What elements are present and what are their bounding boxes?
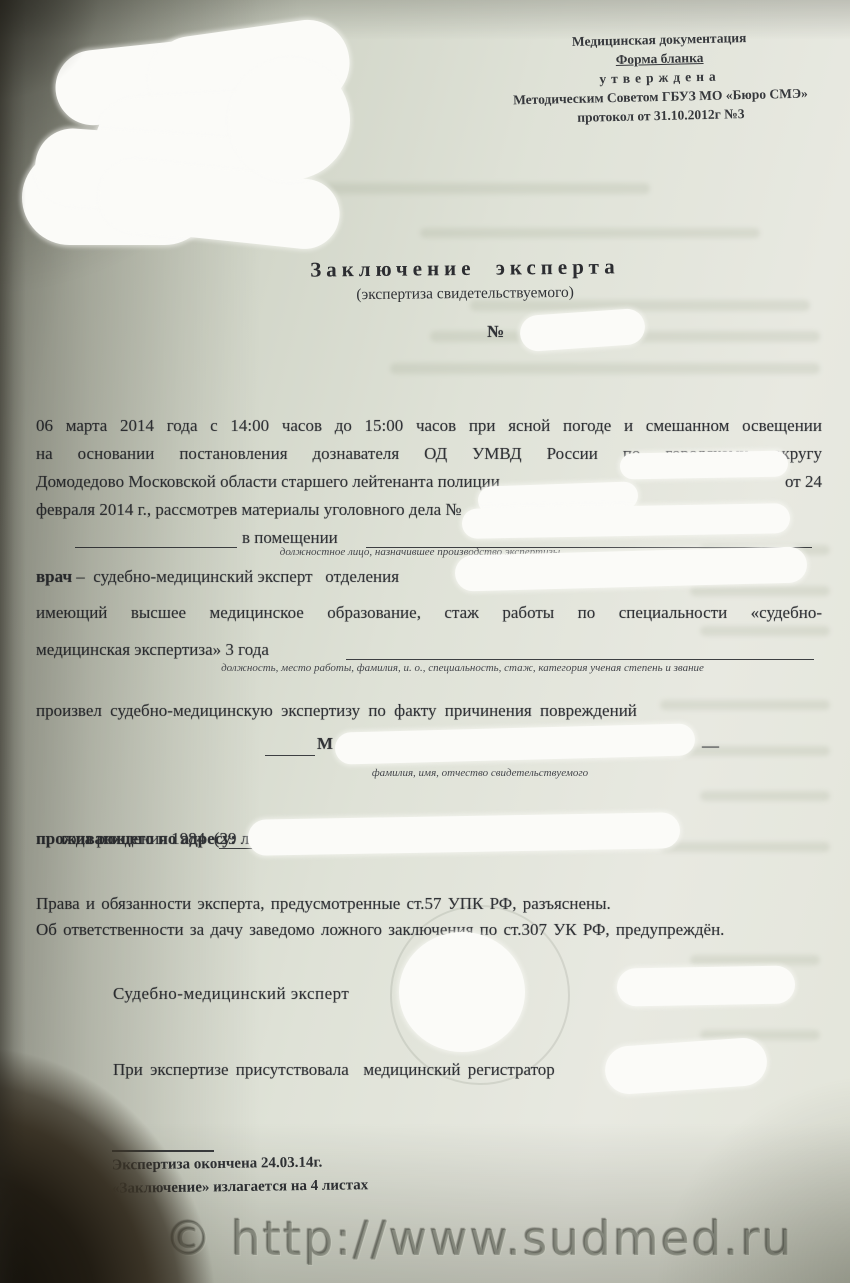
redaction-address xyxy=(248,812,681,856)
intro-line: 06 марта 2014 года с 14:00 часов до 15:0… xyxy=(36,412,822,440)
redaction-cloud xyxy=(230,60,350,180)
expert-line1-rest: – судебно-медицинский эксперт отделения xyxy=(72,567,399,586)
registrar-line: При экспертизе присутствовала медицински… xyxy=(113,1056,555,1084)
title-block: Заключение эксперта (экспертиза свидетел… xyxy=(85,252,845,307)
expert-line3-text: медицинская экспертиза» 3 года xyxy=(36,640,269,659)
expert-line1-lead: врач xyxy=(36,567,72,586)
expert-action-line: произвел судебно-медицинскую экспертизу … xyxy=(36,697,822,725)
subject-name-dash: — xyxy=(702,732,719,760)
subject-caption: фамилия, имя, отчество свидетельствуемог… xyxy=(300,766,660,780)
rights-line1: Права и обязанности эксперта, предусмотр… xyxy=(36,890,822,918)
expert-caption: должность, место работы, фамилия, и. о.,… xyxy=(175,661,750,675)
blank-line xyxy=(75,547,237,548)
footer-pages: «Заключение» излагается на 4 листах xyxy=(112,1177,368,1198)
redaction-stamp-oval xyxy=(399,932,525,1052)
form-header: Медицинская документация Форма бланка ут… xyxy=(479,26,841,129)
document-title: Заключение эксперта xyxy=(85,252,845,285)
watermark: © http://www.sudmed.ru xyxy=(165,1212,794,1267)
intro-line3-text: Домодедово Московской области старшего л… xyxy=(36,468,500,496)
intro-line3-date: от 24 xyxy=(785,468,822,496)
blank-line xyxy=(346,659,814,660)
case-number-sign: № xyxy=(487,318,504,346)
blank-line xyxy=(265,755,315,756)
document-photo: Медицинская документация Форма бланка ут… xyxy=(0,0,850,1283)
expert-signature-label: Судебно-медицинский эксперт xyxy=(113,980,349,1008)
expert-line3: медицинская экспертиза» 3 года xyxy=(36,636,822,664)
redaction-officer-name xyxy=(620,451,788,480)
document-subtitle: (экспертиза свидетельствуемого) xyxy=(85,281,845,307)
footer-divider xyxy=(112,1150,214,1152)
expert-line2: имеющий высшее медицинское образование, … xyxy=(36,599,822,627)
footer-finished: Экспертиза окончена 24.03.14г. xyxy=(112,1155,323,1175)
subject-name-initial: М xyxy=(317,730,333,758)
redaction-premises xyxy=(462,503,790,539)
redaction-expert-signature xyxy=(617,965,796,1006)
